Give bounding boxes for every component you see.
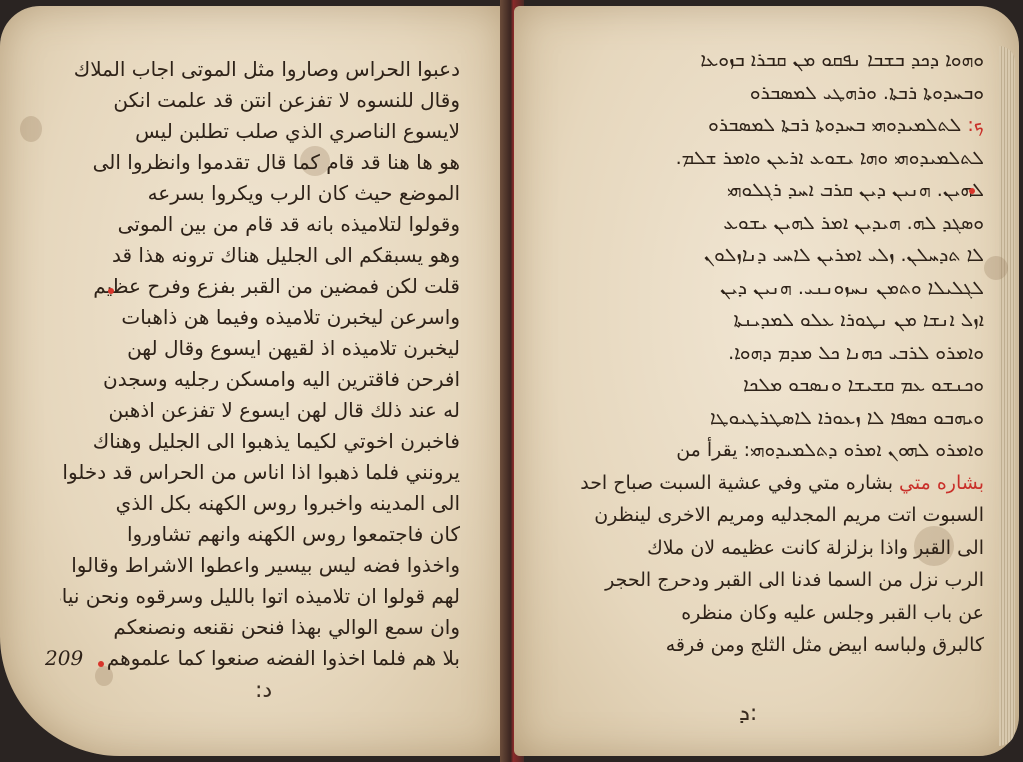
text-line: افرحن فاقترين اليه وامسكن رجليه وسجدن (60, 364, 460, 395)
stain (984, 256, 1008, 280)
text-line: وقال للنسوه لا تفزعن انتن قد علمت انكن (60, 85, 460, 116)
text-line: وقولوا لتلاميذه بانه قد قام من بين الموت… (60, 209, 460, 240)
text-line: له عند ذلك قال لهن ايسوع لا تفزعن اذهبن (60, 395, 460, 426)
red-punctuation-dot (98, 661, 104, 667)
text-line: ܠܓܠܝܠܐ ܘܬܡܢ ܢܚܙܘܢܢܝ. ܗܢܝܢ ܕܝܢ (544, 272, 984, 305)
text-line: ܠܬܠܡܝܕܘܗܝ ܘܗܐ ܝܫܘܥ ܐܪܥܢ ܘܐܡܪ ܫܠܡ. (544, 142, 984, 175)
text-line: ܘܗܘܐ ܕܟܕ ܒܫܒܐ ܢܦܩܘ ܡܢ ܩܒܪܐ ܒܙܘܥܐ (544, 44, 984, 77)
text-line: ܘܣܓܕ ܠܗ. ܗܝܕܝܢ ܐܡܪ ܠܗܝܢ ܝܫܘܥ (544, 207, 984, 240)
text-line: كالبرق ولباسه ابيض مثل الثلج ومن فرقه (544, 629, 984, 662)
text-line: الى المدينه واخبروا روس الكهنه بكل الذي (60, 488, 460, 519)
text-line: فاخبرن اخوتي لكيما يذهبوا الى الجليل وهن… (60, 426, 460, 457)
right-page: ܘܗܘܐ ܕܟܕ ܒܫܒܐ ܢܦܩܘ ܡܢ ܩܒܪܐ ܒܙܘܥܐ ܘܒܚܕܘܬܐ… (514, 6, 1019, 756)
text-line: السبوت اتت مريم المجدليه ومريم الاخرى لي… (544, 499, 984, 532)
text-line: الموضع حيث كان الرب ويكروا بسرعه (60, 178, 460, 209)
text-line: الرب نزل من السما فدنا الى القبر ودحرج ا… (544, 564, 984, 597)
text-line: واسرعن ليخبرن تلاميذه وفيما هن ذاهبات (60, 302, 460, 333)
text-line: بلا هم فلما اخذوا الفضه صنعوا كما علموهم (60, 643, 460, 674)
end-mark: :د (255, 678, 272, 703)
text-line: ܘܐܡܪܘ ܠܗܘܢ ܐܡܪܘ ܕܬܠܡܝܕܘܗܝ: يقرأ من (544, 434, 984, 467)
text-line: ليخبرن تلاميذه اذ لقيهن ايسوع وقال لهن (60, 333, 460, 364)
text-line: ܠܗܝܢ. ܗܢܝܢ ܕܝܢ ܩܪܒ ܐܚܕ ܪܓܠܘܗܝ (544, 174, 984, 207)
red-punctuation-dot (108, 288, 114, 294)
text-line: وهو يسبقكم الى الجليل هناك ترونه هذا قد (60, 240, 460, 271)
text-line: ܟ: ܠܬܠܡܝܕܘܗܝ ܒܚܕܘܬܐ ܪܒܬܐ ܠܡܣܒܪܘ (544, 109, 984, 142)
text-line: يرونني فلما ذهبوا اذا اناس من الحراس قد … (60, 457, 460, 488)
text-line: هو ها هنا قد قام كما قال تقدموا وانظروا … (60, 147, 460, 178)
text-line: لهم قولوا ان تلاميذه اتوا بالليل وسرقوه … (60, 581, 460, 612)
stain (20, 116, 42, 142)
syriac-garshuni-text-block: ܘܗܘܐ ܕܟܕ ܒܫܒܐ ܢܦܩܘ ܡܢ ܩܒܪܐ ܒܙܘܥܐ ܘܒܚܕܘܬܐ… (544, 44, 984, 662)
text-line: ܘܐܡܪܘ ܠܪܒܝ ܟܗܢܐ ܟܠ ܡܕܡ ܕܗܘܐ. (544, 337, 984, 370)
rubric-mark: ܟ: (967, 114, 984, 136)
red-punctuation-dot (969, 188, 975, 194)
page-edges (999, 46, 1015, 746)
text-line: ܐܙܠ ܐܢܫܐ ܡܢ ܢܛܘܪܐ ܥܠܘ ܠܡܕܝܢܬܐ (544, 304, 984, 337)
lection-source-rubric: بشاره متي (899, 472, 984, 494)
text-line: كان فاجتمعوا روس الكهنه وانهم تشاوروا (60, 519, 460, 550)
text-line: الى القبر واذا بزلزلة كانت عظيمه لان ملا… (544, 532, 984, 565)
text-line: وان سمع الوالي بهذا فنحن نقنعه ونصنعكم (60, 612, 460, 643)
text-line: واخذوا فضه ليس بيسير واعطوا الاشراط وقال… (60, 550, 460, 581)
text-line: ܘܒܚܕܘܬܐ ܪܒܬܐ. ܘܪܗܛܝ ܠܡܣܒܪܘ (544, 77, 984, 110)
text-line: بشاره متي بشاره متي وفي عشية السبت صباح … (544, 467, 984, 500)
text-line: لايسوع الناصري الذي صلب تطلبن ليس (60, 116, 460, 147)
text-line: ܠܐ ܬܕܚܠܢ. ܙܠܝ ܐܡܪܝܢ ܠܐܚܝ ܕܢܐܙܠܘܢ (544, 239, 984, 272)
left-page: دعبوا الحراس وصاروا مثل الموتى اجاب المل… (0, 6, 505, 756)
text-line: قلت لكن فمضين من القبر بفزع وفرح عظيم (60, 271, 460, 302)
text-line: عن باب القبر وجلس عليه وكان منظره (544, 597, 984, 630)
end-mark: ܕ: (739, 701, 757, 726)
text-line: دعبوا الحراس وصاروا مثل الموتى اجاب المل… (60, 54, 460, 85)
text-line: ܘܟܢܫܘ ܥܡ ܩܫܝܫܐ ܘܢܣܒܘ ܡܠܟܐ (544, 369, 984, 402)
arabic-text-block: دعبوا الحراس وصاروا مثل الموتى اجاب المل… (60, 54, 460, 674)
text-line: ܘܝܗܒܘ ܟܣܦܐ ܠܐ ܙܥܘܪܐ ܠܐܣܛܪܛܝܘܛܐ (544, 402, 984, 435)
folio-number: 209 (45, 646, 83, 670)
